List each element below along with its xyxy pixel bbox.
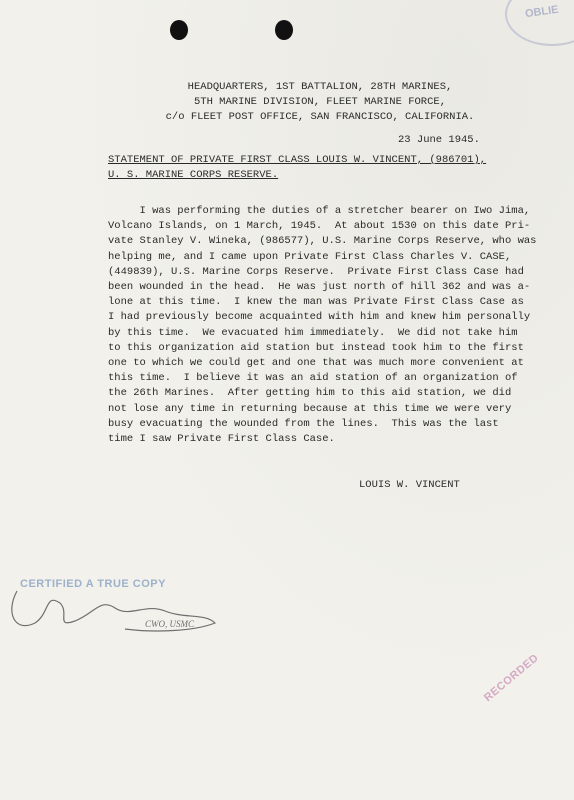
document-date: 23 June 1945. bbox=[398, 134, 480, 146]
document-page: OBLIE HEADQUARTERS, 1ST BATTALION, 28TH … bbox=[0, 0, 574, 800]
body-line: helping me, and I came upon Private Firs… bbox=[108, 250, 488, 265]
recorded-stamp: RECORDED bbox=[482, 652, 541, 704]
body-line: time I saw Private First Class Case. bbox=[108, 432, 488, 447]
body-line: not lose any time in returning because a… bbox=[108, 402, 488, 417]
statement-body: I was performing the duties of a stretch… bbox=[108, 204, 488, 447]
body-line: by this time. We evacuated him immediate… bbox=[108, 326, 488, 341]
body-line: lone at this time. I knew the man was Pr… bbox=[108, 295, 488, 310]
svg-text:CWO, USMC: CWO, USMC bbox=[145, 619, 195, 629]
handwritten-signature: CWO, USMC bbox=[5, 583, 225, 638]
header-line-1: HEADQUARTERS, 1ST BATTALION, 28TH MARINE… bbox=[160, 80, 480, 95]
body-line: vate Stanley V. Wineka, (986577), U.S. M… bbox=[108, 234, 488, 249]
statement-subject: STATEMENT OF PRIVATE FIRST CLASS LOUIS W… bbox=[108, 153, 488, 183]
body-line: this time. I believe it was an aid stati… bbox=[108, 371, 488, 386]
header-line-3: c/o FLEET POST OFFICE, SAN FRANCISCO, CA… bbox=[160, 110, 480, 125]
body-line: busy evacuating the wounded from the lin… bbox=[108, 417, 488, 432]
punch-hole bbox=[275, 20, 293, 40]
body-line: I was performing the duties of a stretch… bbox=[108, 204, 488, 219]
body-line: Volcano Islands, on 1 March, 1945. At ab… bbox=[108, 219, 488, 234]
body-line: (449839), U.S. Marine Corps Reserve. Pri… bbox=[108, 265, 488, 280]
body-line: been wounded in the head. He was just no… bbox=[108, 280, 488, 295]
body-line: one to which we could get and one that w… bbox=[108, 356, 488, 371]
body-line: to this organization aid station but ins… bbox=[108, 341, 488, 356]
body-line: I had previously become acquainted with … bbox=[108, 310, 488, 325]
corner-stamp-text: OBLIE bbox=[524, 4, 559, 21]
body-line: the 26th Marines. After getting him to t… bbox=[108, 386, 488, 401]
corner-stamp: OBLIE bbox=[505, 0, 574, 46]
typed-signature: LOUIS W. VINCENT bbox=[359, 479, 460, 491]
punch-hole bbox=[170, 20, 188, 40]
header-line-2: 5TH MARINE DIVISION, FLEET MARINE FORCE, bbox=[160, 95, 480, 110]
